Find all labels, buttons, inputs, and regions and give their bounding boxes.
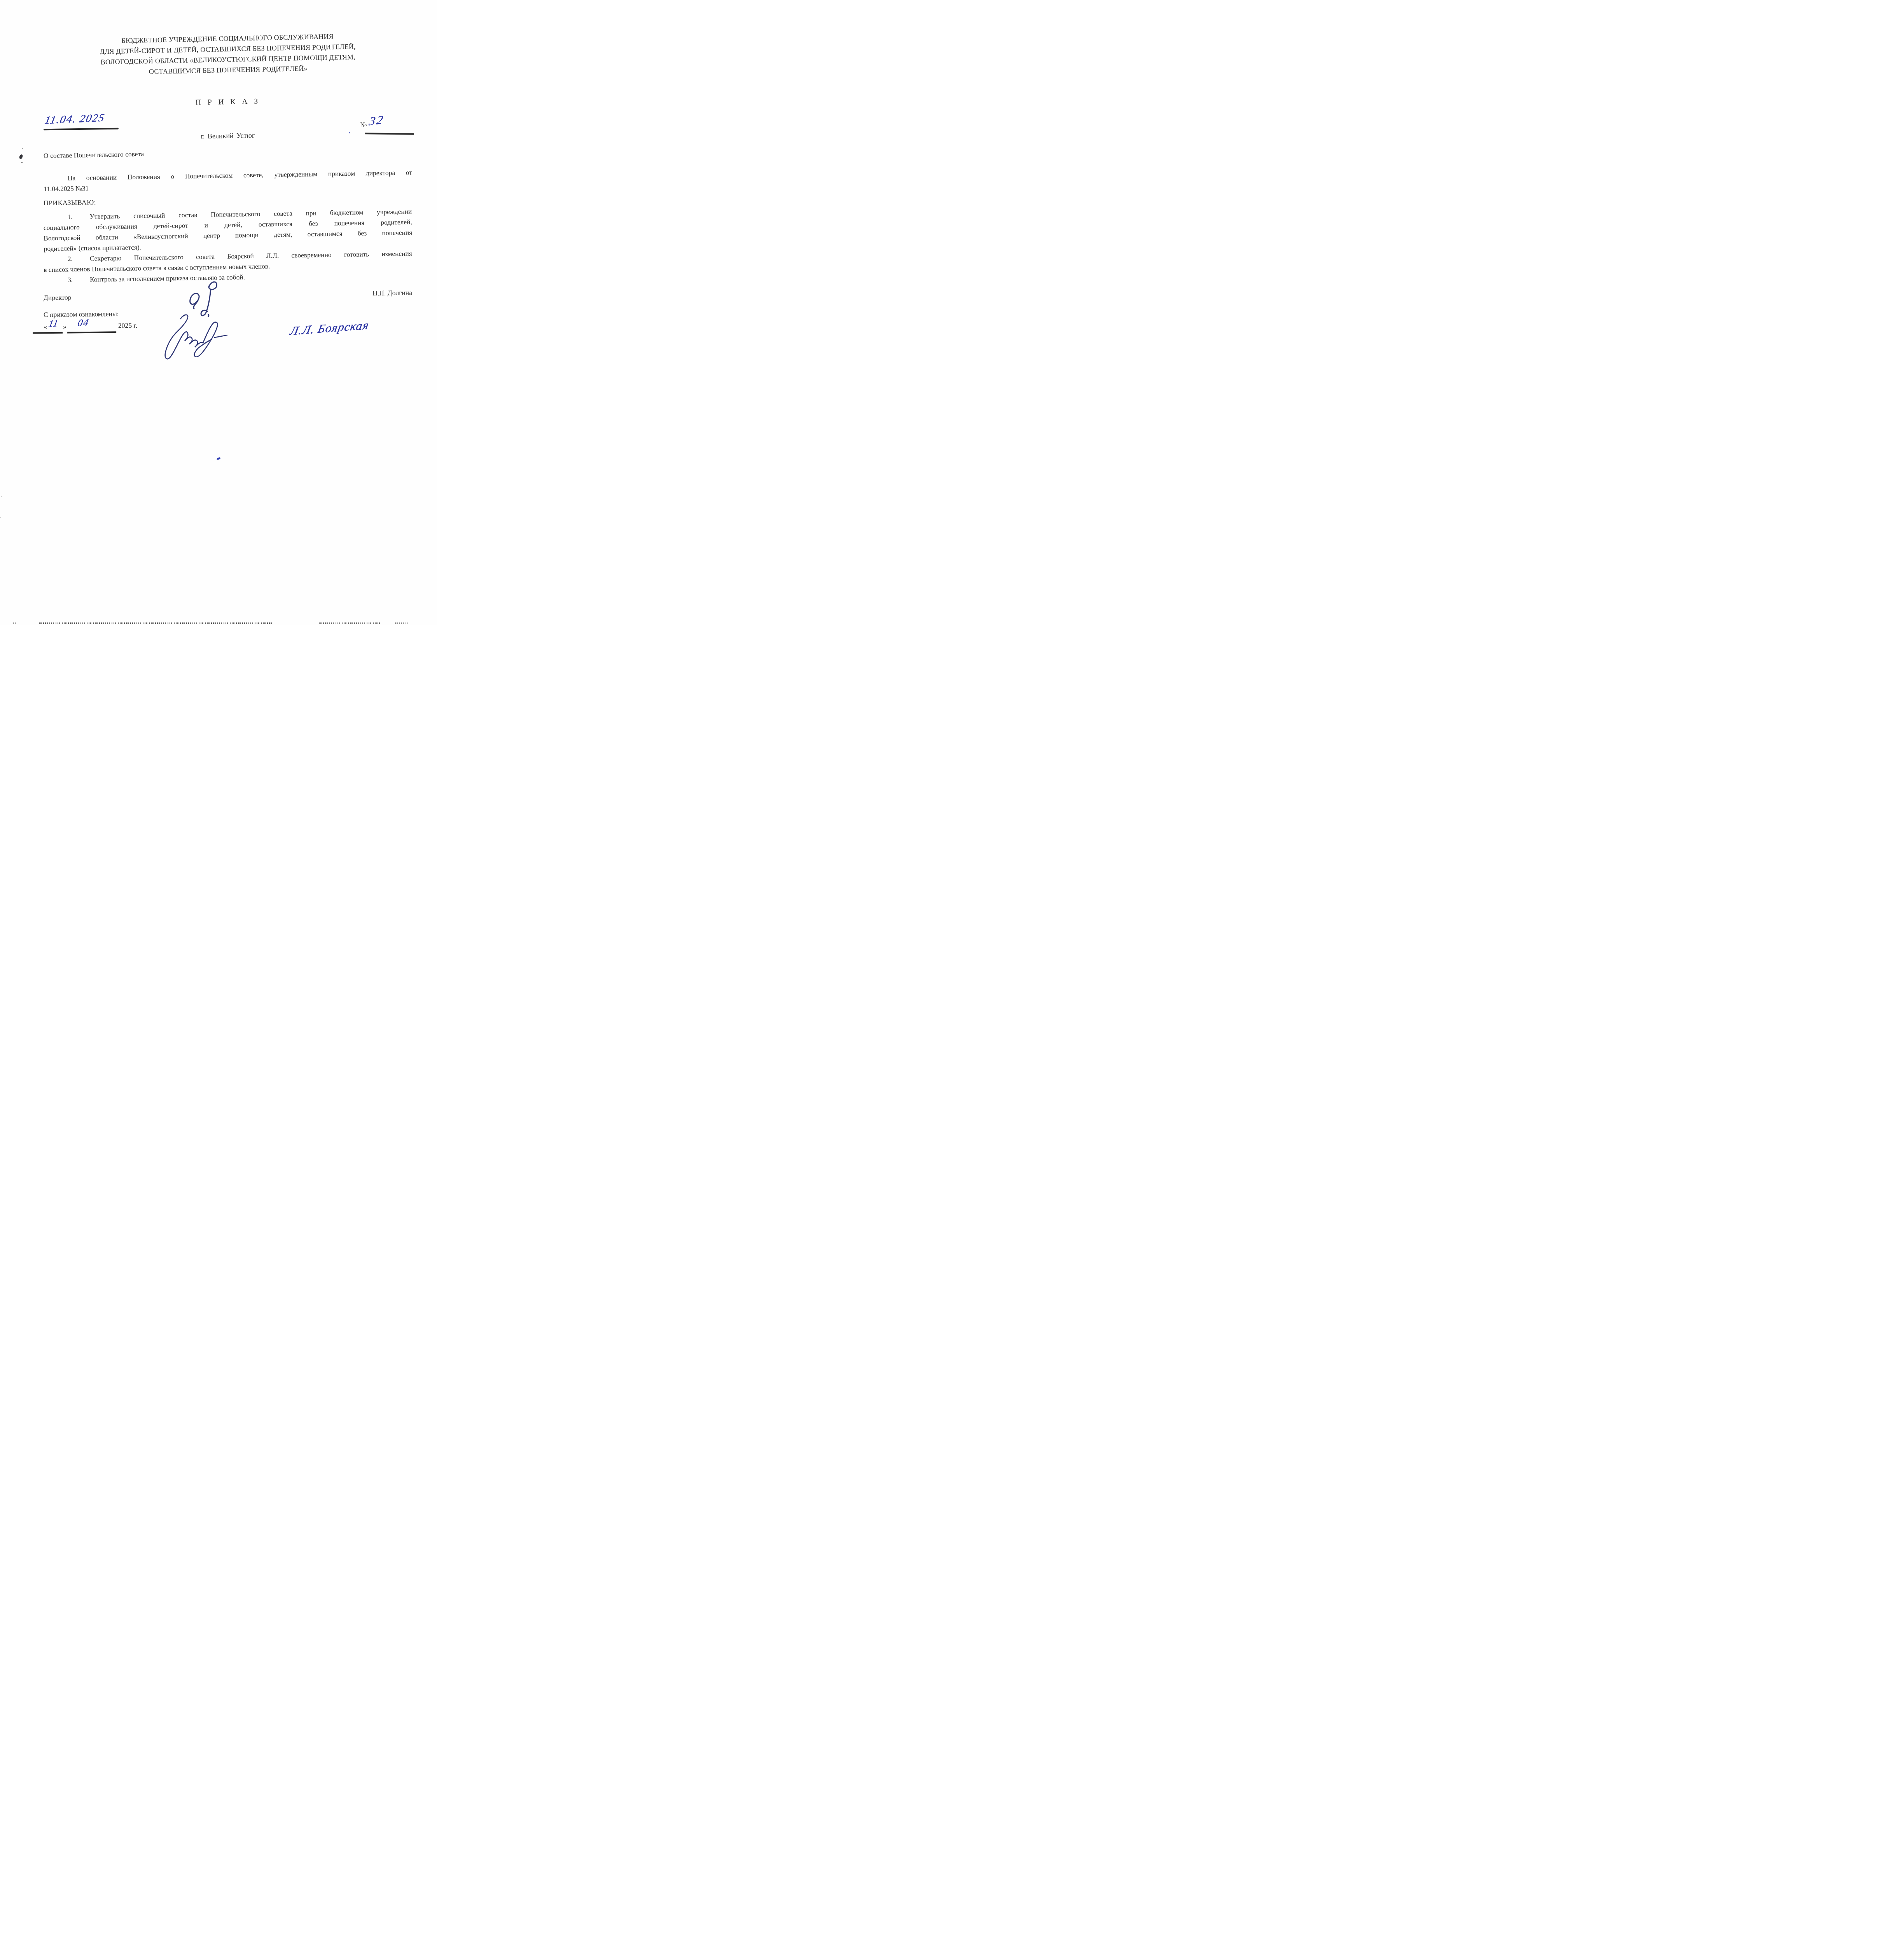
director-name: Н.Н. Долгина	[372, 288, 412, 297]
director-label: Директор	[44, 294, 72, 302]
handwritten-day: 11	[47, 318, 59, 330]
basis-paragraph: На основании Положения о Попечительском …	[44, 167, 413, 194]
document-type-title: П Р И К А З	[44, 95, 412, 110]
item-number: 3.	[68, 276, 73, 283]
scan-artifact-strip	[395, 622, 409, 624]
scan-artifact-strip	[13, 622, 17, 624]
scan-speck	[0, 517, 1, 518]
scan-artifact-strip	[39, 622, 272, 624]
handwritten-month: 04	[77, 317, 90, 329]
scanned-order-document: БЮДЖЕТНОЕ УЧРЕЖДЕНИЕ СОЦИАЛЬНОГО ОБСЛУЖИ…	[0, 0, 437, 625]
close-quote: »	[63, 323, 66, 331]
ink-blot	[19, 154, 23, 159]
month-underline	[67, 331, 116, 333]
secretary-signature-name: Л.Л. Боярская	[289, 318, 370, 338]
org-name-header: БЮДЖЕТНОЕ УЧРЕЖДЕНИЕ СОЦИАЛЬНОГО ОБСЛУЖИ…	[43, 30, 413, 79]
subject-line: О составе Попечительского совета	[44, 150, 144, 160]
item-number: 2.	[68, 255, 73, 262]
resolution-word: ПРИКАЗЫВАЮ:	[44, 198, 96, 207]
date-underline	[44, 128, 119, 131]
director-signoff-row: Директор Н.Н. Долгина	[44, 288, 412, 302]
item-number: 1.	[67, 213, 72, 220]
ink-speck-blue	[349, 132, 350, 133]
year-label: 2025 г.	[118, 322, 137, 330]
scan-speck	[1, 496, 2, 497]
scan-speck	[22, 148, 23, 149]
acknowledgement-label: С приказом ознакомлены:	[44, 310, 119, 319]
scan-artifact-strip	[319, 622, 380, 624]
number-sign: №	[360, 121, 367, 129]
scan-speck	[21, 162, 23, 163]
city-line: г. Великий Устюг	[44, 129, 412, 143]
handwritten-date: 11.04. 2025	[44, 112, 106, 127]
open-quote: «	[44, 323, 47, 331]
handwritten-order-number: 32	[368, 113, 385, 129]
order-item-1: 1.Утвердить списочный состав Попечительс…	[43, 206, 413, 254]
acknowledgement-signature-flourish	[163, 309, 252, 364]
day-underline	[33, 332, 63, 334]
ink-blot-blue	[216, 457, 220, 460]
